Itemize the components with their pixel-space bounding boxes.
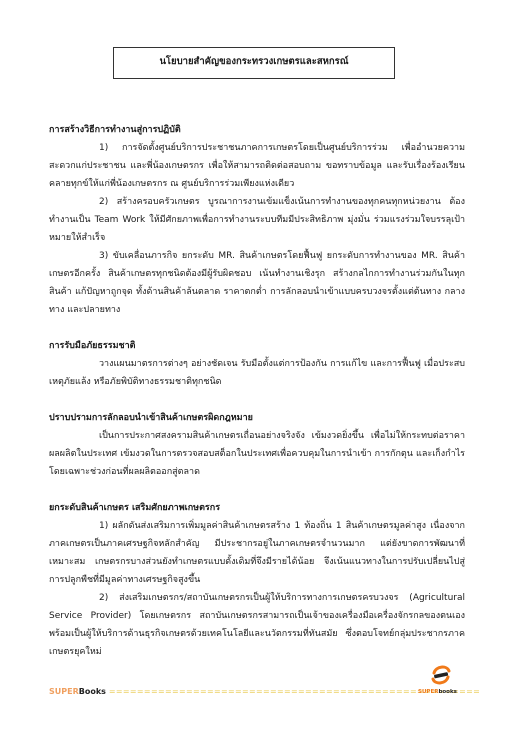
paragraph: เป็นการประกาศสงครามสินค้าเกษตรเถื่อนอย่า… bbox=[49, 427, 465, 481]
logo-super-text: SUPER bbox=[418, 689, 438, 695]
paragraph: 2) ส่งเสริมเกษตรกร/สถาบันเกษตรกรเป็นผู้ใ… bbox=[49, 589, 465, 661]
document-page: นโยบายสำคัญของกระทรวงเกษตรและสหกรณ์ การส… bbox=[0, 0, 514, 744]
footer-brand-line: SUPERBooks==============================… bbox=[49, 687, 480, 696]
section-heading: ยกระดับสินค้าเกษตร เสริมศักยภาพเกษตรกร bbox=[49, 499, 465, 517]
paragraph: 3) ขับเคลื่อนภารกิจ ยกระดับ MR. สินค้าเก… bbox=[49, 247, 465, 319]
logo-wordmark: SUPERbooks bbox=[418, 689, 457, 695]
brand-super-text: SUPER bbox=[49, 687, 79, 696]
paragraph: 1) การจัดตั้งศูนย์บริการประชาชนภาคการเกษ… bbox=[49, 139, 465, 193]
brand-books-text: Books bbox=[79, 687, 106, 696]
logo-swirl-icon bbox=[430, 664, 452, 686]
title-box: นโยบายสำคัญของกระทรวงเกษตรและสหกรณ์ bbox=[113, 47, 395, 79]
section-upgrade-products: ยกระดับสินค้าเกษตร เสริมศักยภาพเกษตรกร 1… bbox=[49, 499, 465, 661]
document-title: นโยบายสำคัญของกระทรวงเกษตรและสหกรณ์ bbox=[114, 54, 394, 69]
section-work-methods: การสร้างวิธีการทำงานสู่การปฏิบัติ 1) การ… bbox=[49, 121, 465, 319]
logo-books-text: books bbox=[438, 689, 456, 695]
paragraph: วางแผนมาตรการต่างๆ อย่างชัดเจน รับมือตั้… bbox=[49, 355, 465, 391]
section-heading: การสร้างวิธีการทำงานสู่การปฏิบัติ bbox=[49, 121, 465, 139]
section-heading: ปราบปรามการลักลอบนำเข้าสินค้าเกษตรผิดกฎห… bbox=[49, 409, 465, 427]
superbooks-logo: SUPERbooks bbox=[418, 664, 466, 702]
document-body: การสร้างวิธีการทำงานสู่การปฏิบัติ 1) การ… bbox=[49, 121, 465, 679]
section-natural-disasters: การรับมือภัยธรรมชาติ วางแผนมาตรการต่างๆ … bbox=[49, 337, 465, 391]
paragraph: 1) ผลักดันส่งเสริมการเพิ่มมูลค่าสินค้าเก… bbox=[49, 517, 465, 589]
paragraph: 2) สร้างครอบครัวเกษตร บูรณาการงานเข้มแข็… bbox=[49, 193, 465, 247]
section-smuggling-suppression: ปราบปรามการลักลอบนำเข้าสินค้าเกษตรผิดกฎห… bbox=[49, 409, 465, 481]
section-heading: การรับมือภัยธรรมชาติ bbox=[49, 337, 465, 355]
